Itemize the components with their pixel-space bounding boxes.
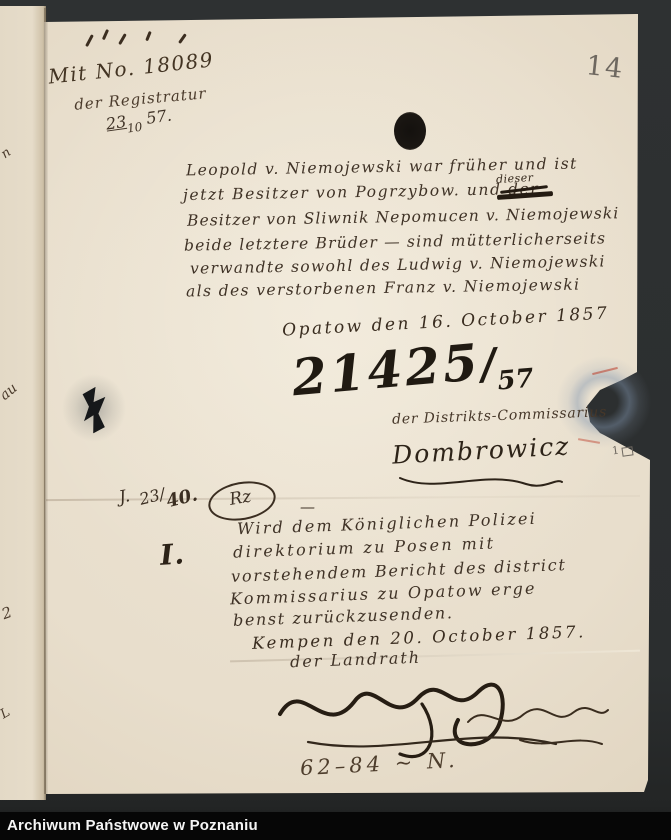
margin-roman-numeral: I. <box>159 537 186 572</box>
paraph-initials: Rz <box>228 487 253 510</box>
registry-frac-numerator: 23 <box>105 112 128 134</box>
inserted-word: dieser <box>496 171 534 186</box>
margin-dash: — <box>300 498 315 516</box>
edge-ink-fragment: L <box>0 705 13 722</box>
edge-ink-fragment: n <box>0 145 14 162</box>
scanned-document-view: n au 2 L Mit No. 18089 der Registratur 2… <box>0 0 671 840</box>
pencil-corner-box <box>621 446 633 456</box>
district-signature-flourish <box>396 468 566 494</box>
edge-ink-fragment: 2 <box>0 603 14 623</box>
registry-year: 57. <box>145 106 173 128</box>
underlying-page-edge: n au 2 L <box>0 6 46 800</box>
folio-page-number: 14 <box>584 50 625 85</box>
punch-hole <box>394 112 426 150</box>
margin-frac-numerator: 23 <box>137 485 161 508</box>
archive-caption-bar: Archiwum Państwowe w Poznaniu <box>0 812 671 840</box>
co-signature-flourish <box>462 696 612 751</box>
case-number-separator: / <box>479 339 499 389</box>
archive-caption-label: Archiwum Państwowe w Poznaniu <box>7 817 258 834</box>
case-number-year: 57 <box>496 364 535 397</box>
edge-ink-fragment: au <box>0 380 20 403</box>
registry-frac-denominator: 10 <box>126 120 143 136</box>
